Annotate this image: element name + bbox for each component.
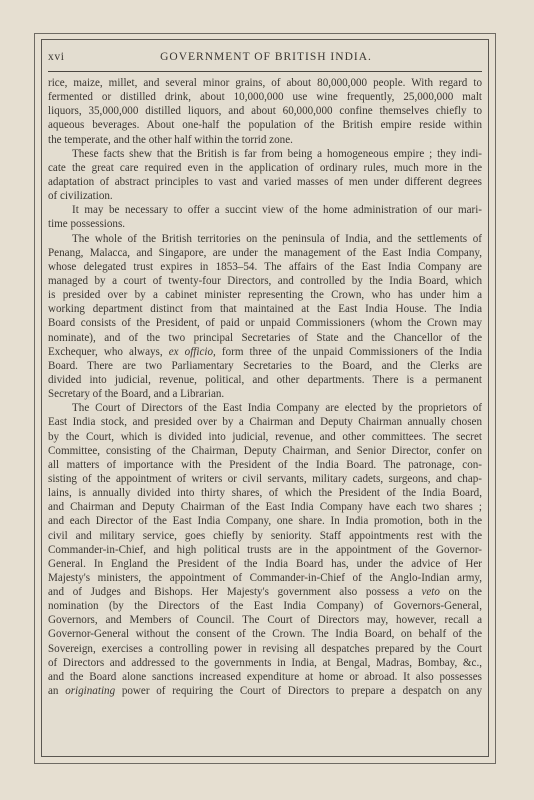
text-line: nomination (by the Directors of the East… (48, 599, 482, 613)
text-line: lains, is annually divided into thirty s… (48, 486, 482, 500)
text-line: adaptation of abstract principles to vas… (48, 175, 482, 189)
header-rule (48, 71, 482, 72)
text-line: Sovereign, exercises a controlling power… (48, 642, 482, 656)
text-line: Penang, Malacca, and Singapore, are unde… (48, 246, 482, 260)
running-header: xvi GOVERNMENT OF BRITISH INDIA. (48, 51, 484, 67)
paragraph: The whole of the British territories on … (48, 232, 482, 402)
text-line: time possessions. (48, 217, 482, 231)
text-line: aqueous beverages. About one-half the po… (48, 118, 482, 132)
text-line: The whole of the British territories on … (48, 232, 482, 246)
text-line: managed by a court of twenty-four Direct… (48, 274, 482, 288)
text-line: Board consists of the President, of paid… (48, 316, 482, 330)
text-line: and Chairman and Deputy Chairman of the … (48, 500, 482, 514)
text-line: an originating power of requiring the Co… (48, 684, 482, 698)
text-line: of civilization. (48, 189, 482, 203)
text-line: sisting of the appointment of writers or… (48, 472, 482, 486)
text-line: divided into judicial, revenue, politica… (48, 373, 482, 387)
text-line: The Court of Directors of the East India… (48, 401, 482, 415)
text-line: nominate), and of the two principal Secr… (48, 331, 482, 345)
text-line: by the Court, which is divided into judi… (48, 430, 482, 444)
text-line: Board. There are two Parliamentary Secre… (48, 359, 482, 373)
text-line: rice, maize, millet, and several minor g… (48, 76, 482, 90)
text-line: These facts shew that the British is far… (48, 147, 482, 161)
text-line: working department distinct from that ma… (48, 302, 482, 316)
text-line: Commander-in-Chief, and high political t… (48, 543, 482, 557)
text-line: is presided over by a cabinet minister r… (48, 288, 482, 302)
text-line: all matters of importance with the Presi… (48, 458, 482, 472)
text-line: Exchequer, who always, ex officio, form … (48, 345, 482, 359)
text-line: of Directors and addressed to the govern… (48, 656, 482, 670)
text-line: liquors, 35,000,000 distilled liquors, a… (48, 104, 482, 118)
text-line: and the Board alone sanctions increased … (48, 670, 482, 684)
text-line: Secretary of the Board, and a Librarian. (48, 387, 482, 401)
text-line: It may be necessary to offer a succint v… (48, 203, 482, 217)
text-line: and of Judges and Bishops. Her Majesty's… (48, 585, 482, 599)
text-line: whose delegated trust expires in 1853–54… (48, 260, 482, 274)
paragraph: These facts shew that the British is far… (48, 147, 482, 204)
text-line: Governor-General without the consent of … (48, 627, 482, 641)
text-line: civil and military service, goes chiefly… (48, 529, 482, 543)
text-line: East India stock, and presided over by a… (48, 415, 482, 429)
paragraph: rice, maize, millet, and several minor g… (48, 76, 482, 147)
paragraph: The Court of Directors of the East India… (48, 401, 482, 698)
body-text: rice, maize, millet, and several minor g… (48, 76, 482, 698)
text-line: the temperate, and the other half within… (48, 133, 482, 147)
text-line: cate the great care required even in the… (48, 161, 482, 175)
text-line: General. In England the President of the… (48, 557, 482, 571)
paragraph: It may be necessary to offer a succint v… (48, 203, 482, 231)
text-line: Governors, and Members of Council. The C… (48, 613, 482, 627)
running-title: GOVERNMENT OF BRITISH INDIA. (48, 51, 484, 63)
text-line: fermented or distilled drink, about 10,0… (48, 90, 482, 104)
text-line: and each Director of the East India Comp… (48, 514, 482, 528)
text-line: Committee, consisting of the Chairman, D… (48, 444, 482, 458)
text-line: Majesty's ministers, the appointment of … (48, 571, 482, 585)
